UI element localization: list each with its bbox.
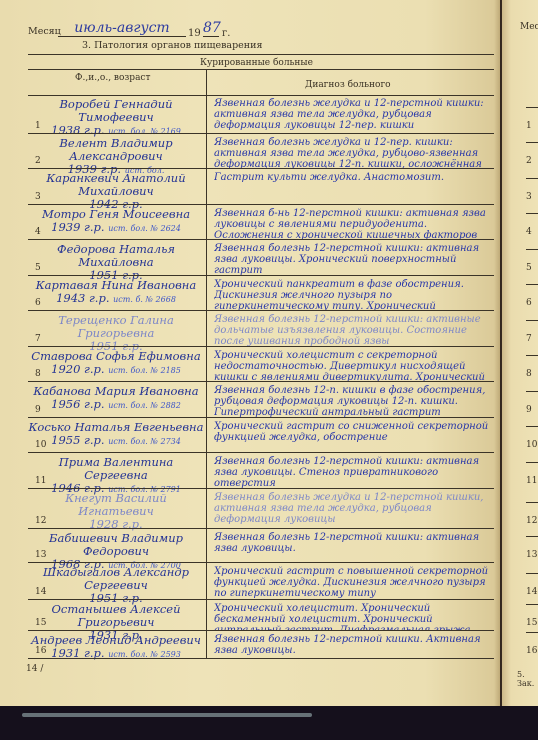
right-row-divider (526, 604, 538, 605)
row-number: 4 (35, 227, 41, 237)
diagnosis: Язвенная болезнь 12-перстной кишки: акти… (214, 314, 490, 346)
case-number: ист. бол. № 2734 (108, 437, 181, 446)
right-row-number: 11 (526, 476, 537, 486)
table-row: Федорова Наталья Михайловна 1951 г.р. 5 … (26, 240, 496, 276)
row-number: 1 (35, 121, 41, 131)
right-row-divider (526, 573, 538, 574)
table-row: Воробей Геннадий Тимофеевич 1938 г.р. ис… (26, 95, 496, 134)
patient-name: Мотро Геня Моисеевна 1939 г.р. ист. бол.… (28, 208, 204, 235)
row-number: 2 (35, 156, 41, 166)
month-label: Месяц (28, 26, 61, 37)
row-number: 6 (35, 298, 41, 308)
table-row: Ставрова Софья Ефимовна 1920 г.р. ист. б… (26, 347, 496, 382)
table-row: Кнегут Василий Игнатьевич 1928 г.р. 12 Я… (26, 489, 496, 529)
diagnosis: Язвенная болезнь желудка и 12-перстной к… (214, 492, 490, 528)
right-row-number: 2 (526, 156, 532, 166)
table-row: Бабишевич Владимир Федорович 1968 г.р. и… (26, 529, 496, 563)
right-row-number: 9 (526, 405, 532, 415)
month-value: июль-август (58, 20, 186, 37)
right-row-number: 16 (526, 646, 537, 656)
right-row-divider (526, 462, 538, 463)
patient-name: Косько Наталья Евгеньевна 1955 г.р. ист.… (28, 421, 204, 448)
right-row-divider (526, 391, 538, 392)
right-row-divider (526, 502, 538, 503)
row-number: 10 (35, 440, 46, 450)
diagnosis: Гастрит культи желудка. Анастомозит. (214, 172, 490, 204)
right-row-number: 13 (526, 550, 537, 560)
year-suffix: г. (222, 28, 230, 39)
row-number: 12 (35, 516, 46, 526)
diagnosis: Хронический холецистит. Хронический беск… (214, 603, 490, 630)
table-row: Кабанова Мария Ивановна 1956 г.р. ист. б… (26, 382, 496, 418)
patient-name: Кнегут Василий Игнатьевич 1928 г.р. (28, 492, 204, 532)
right-row-divider (526, 107, 538, 108)
case-number: ист. бол. № 2882 (108, 401, 181, 410)
patient-name: Ставрова Софья Ефимовна 1920 г.р. ист. б… (28, 350, 204, 377)
row-number: 11 (35, 476, 46, 486)
right-row-number: 5 (526, 263, 532, 273)
table-row: Останышев Алексей Григорьевич 1931 г.р. … (26, 600, 496, 631)
diagnosis: Язвенная болезнь 12-перстной кишки: акти… (214, 243, 490, 275)
year-prefix: 19 (188, 28, 201, 39)
right-row-number: 15 (526, 618, 537, 628)
row-number: 16 (35, 646, 46, 656)
diagnosis: Хронический гастрит со сниженной секрето… (214, 421, 490, 452)
diagnosis: Хронический гастрит с повышенной секрето… (214, 566, 490, 599)
row-number: 3 (35, 192, 41, 202)
diagnosis: Хронический панкреатит в фазе обострения… (214, 279, 490, 310)
diagnosis: Хронический холецистит с секреторной нед… (214, 350, 490, 381)
birth-year: 1939 г.р. (51, 220, 104, 234)
column-header-name: Ф.,и.,о., возраст (75, 73, 150, 83)
table-row: Андреев Леонид Андреевич 1931 г.р. ист. … (26, 631, 496, 659)
right-row-divider (526, 178, 538, 179)
birth-year: 1943 г.р. (56, 291, 109, 305)
diagnosis: Язвенная болезнь 12-перстной кишки: акти… (214, 456, 490, 488)
row-number: 9 (35, 405, 41, 415)
right-row-number: 7 (526, 334, 532, 344)
table-row: Шкадыгалов Александр Сергеевич 1951 г.р.… (26, 563, 496, 600)
journal-page-left: Месяц июль-август 19 87 г. 3. Патология … (0, 0, 500, 706)
row-number: 5 (35, 263, 41, 273)
journal-page-right: Меся 1 2 3 4 5 6 7 8 9 10 11 12 13 14 15… (502, 0, 538, 706)
right-row-divider (526, 284, 538, 285)
binding-strip (22, 713, 312, 717)
patient-name: Андреев Леонид Андреевич 1931 г.р. ист. … (28, 634, 204, 661)
right-row-divider (526, 426, 538, 427)
diagnosis: Язвенная болезнь 12-п. кишки в фазе обос… (214, 385, 490, 417)
right-row-number: 10 (526, 440, 537, 450)
right-row-divider (526, 213, 538, 214)
row-number: 13 (35, 550, 46, 560)
group-header: Курированные больные (200, 58, 313, 68)
table-row: Велент Владимир Александрович 1939 г.р. … (26, 134, 496, 169)
birth-year: 1956 г.р. (51, 397, 104, 411)
right-row-number: 6 (526, 298, 532, 308)
case-number: ист. б. № 2668 (113, 295, 176, 304)
table-row: Терещенко Галина Григорьевна 1951 г.р. 7… (26, 311, 496, 347)
divider (28, 54, 494, 55)
table-row: Косько Наталья Евгеньевна 1955 г.р. ист.… (26, 418, 496, 453)
right-row-number: 8 (526, 369, 532, 379)
right-row-divider (526, 142, 538, 143)
patient-name: Воробей Геннадий Тимофеевич 1938 г.р. ис… (28, 98, 204, 138)
page-note: 14 / (26, 664, 43, 674)
right-row-number: 3 (526, 192, 532, 202)
birth-year: 1955 г.р. (51, 433, 104, 447)
table-row: Мотро Геня Моисеевна 1939 г.р. ист. бол.… (26, 205, 496, 240)
right-row-divider (526, 249, 538, 250)
case-number: ист. бол. № 2624 (108, 224, 181, 233)
case-number: ист. бол. № 2185 (108, 366, 181, 375)
right-row-number: 1 (526, 121, 532, 131)
row-number: 15 (35, 618, 46, 628)
table-row: Картавая Нина Ивановна 1943 г.р. ист. б.… (26, 276, 496, 311)
row-number: 14 (35, 587, 46, 597)
diagnosis: Язвенная болезнь желудка и 12-пер. кишки… (214, 137, 490, 168)
divider (28, 69, 494, 70)
right-row-number: 14 (526, 587, 537, 597)
right-row-divider (526, 320, 538, 321)
right-row-number: 4 (526, 227, 532, 237)
right-month-label: Меся (520, 22, 538, 32)
birth-year: 1920 г.р. (51, 362, 104, 376)
diagnosis: Язвенная б-нь 12-перстной кишки: активна… (214, 208, 490, 239)
patient-name: Кабанова Мария Ивановна 1956 г.р. ист. б… (28, 385, 204, 412)
right-row-divider (526, 632, 538, 633)
year-value: 87 (203, 20, 219, 37)
diagnosis: Язвенная болезнь 12-перстной кишки: акти… (214, 532, 490, 562)
diagnosis: Язвенная болезнь 12-перстной кишки. Акти… (214, 634, 490, 658)
right-row-divider (526, 355, 538, 356)
right-row-number: 12 (526, 516, 537, 526)
table-row: Каранкевич Анатолий Михайлович 1942 г.р.… (26, 169, 496, 205)
column-header-diagnosis: Диагноз больного (305, 80, 391, 90)
table-row: Прима Валентина Сергеевна 1946 г.р. ист.… (26, 453, 496, 489)
right-row-divider (526, 536, 538, 537)
patient-name: Картавая Нина Ивановна 1943 г.р. ист. б.… (28, 279, 204, 306)
row-number: 8 (35, 369, 41, 379)
row-divider (28, 658, 494, 659)
row-number: 7 (35, 334, 41, 344)
section-title: 3. Патология органов пищеварения (82, 40, 262, 51)
right-footer-label: 5. Зак. (517, 670, 538, 688)
diagnosis: Язвенная болезнь желудка и 12-перстной к… (214, 98, 490, 133)
